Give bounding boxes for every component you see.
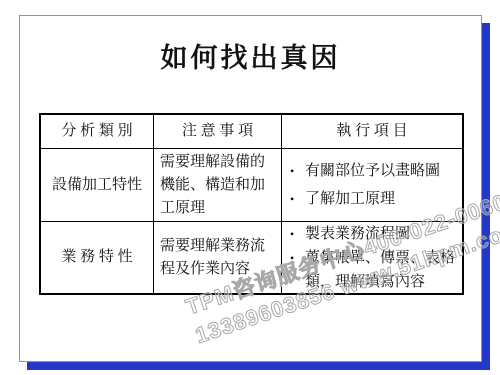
slide-title: 如何找出真因	[20, 36, 481, 75]
header-label: 注 意 事 項	[182, 120, 253, 143]
table-cell-note-row2: 需要理解業務流程及作業內容	[154, 222, 282, 293]
table-cell-category-row2: 業 務 特 性	[41, 222, 154, 293]
slide: 如何找出真因 分 析 類 別 注 意 事 項 執 行 項 目 設備加工特性 需要…	[19, 15, 482, 362]
category-label: 業 務 特 性	[61, 246, 132, 269]
bullet-icon: •	[290, 187, 305, 211]
table-header-category: 分 析 類 別	[41, 115, 154, 149]
table-cell-note-row1: 需要理解設備的機能、構造和加工原理	[154, 149, 282, 222]
note-text: 需要理解業務流程及作業內容	[160, 235, 275, 281]
header-label: 分 析 類 別	[61, 120, 132, 143]
action-text: 了解加工原理	[305, 191, 395, 207]
table-cell-actions-row2: •製表業務流程圖 •蒐集帳單、傳票、表格類，理解填寫內容	[282, 222, 462, 293]
action-text: 製表業務流程圖	[305, 226, 410, 242]
bullet-icon: •	[290, 246, 305, 270]
table-header-actions: 執 行 項 目	[282, 115, 462, 149]
action-item: •有關部位予以畫略圖	[290, 159, 456, 183]
bullet-icon: •	[290, 222, 305, 246]
action-text: 有關部位予以畫略圖	[305, 163, 440, 179]
note-text: 需要理解設備的機能、構造和加工原理	[160, 151, 275, 220]
header-label: 執 行 項 目	[336, 120, 407, 143]
table-header-notes: 注 意 事 項	[154, 115, 282, 149]
action-item: •製表業務流程圖	[290, 222, 456, 246]
action-text: 蒐集帳單、傳票、表格類，理解填寫內容	[305, 250, 455, 290]
table-cell-actions-row1: •有關部位予以畫略圖 •了解加工原理	[282, 149, 462, 222]
action-item: •蒐集帳單、傳票、表格類，理解填寫內容	[290, 246, 456, 294]
category-label: 設備加工特性	[52, 174, 142, 197]
table-cell-category-row1: 設備加工特性	[41, 149, 154, 222]
action-item: •了解加工原理	[290, 187, 456, 211]
analysis-table: 分 析 類 別 注 意 事 項 執 行 項 目 設備加工特性 需要理解設備的機能…	[39, 113, 464, 295]
bullet-icon: •	[290, 159, 305, 183]
